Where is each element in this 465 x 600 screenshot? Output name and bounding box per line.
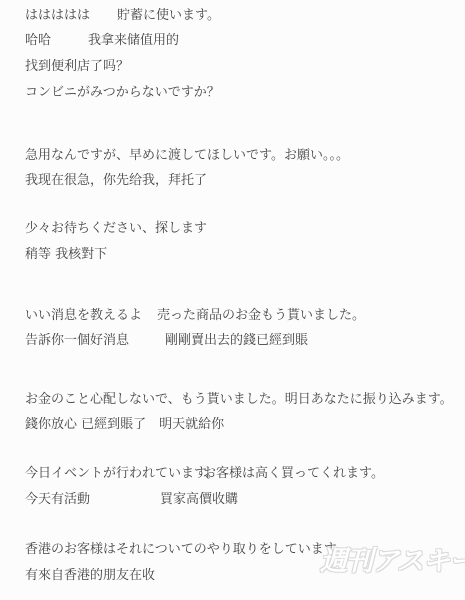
message-text: 売った商品のお金もう貰いました。 xyxy=(157,308,365,324)
message-text: 今日イベントが行われています。 xyxy=(25,466,219,481)
message-line-zh-12: 錢你放心 已經到賬了 明天就給你 xyxy=(25,417,465,433)
message-text: コンビニがみつからないですか？ xyxy=(25,85,220,100)
message-line-ja-1: ははははは貯蓄に使います。 xyxy=(25,8,465,24)
message-line-ja-11: お金のこと心配しないで、もう貰いました。明日あなたに振り込みます。 xyxy=(25,392,465,408)
message-text: 找到便利店了吗？ xyxy=(25,59,129,74)
message-text: 我拿来储值用的 xyxy=(88,33,179,49)
message-text: 哈哈 xyxy=(25,33,51,48)
message-text: お金のこと心配しないで、もう貰いました。明日あなたに振り込みます。 xyxy=(25,392,453,407)
message-text: 貯蓄に使います。 xyxy=(117,8,220,24)
message-text: 稍等 我核對下 xyxy=(25,247,107,262)
weekly-ascii-watermark-logo: 週刊アスキー xyxy=(320,546,465,578)
message-text: 我现在很急，你先给我，拜托了 xyxy=(25,173,207,188)
message-line-zh-14: 今天有活動買家高價收購 xyxy=(25,492,465,508)
message-line-ja-7: 少々お待ちください、探します xyxy=(25,221,465,237)
message-line-zh-2: 哈哈我拿来储值用的 xyxy=(25,33,465,49)
message-text: 香港のお客様はそれについてのやり取りをしています。 xyxy=(25,542,349,557)
message-line-zh-3: 找到便利店了吗？ xyxy=(25,59,465,75)
message-text: 少々お待ちください、探します xyxy=(25,221,207,236)
chat-transcript-page: ははははは貯蓄に使います。 哈哈我拿来储值用的 找到便利店了吗？ コンビニがみつ… xyxy=(0,0,465,600)
message-text: ははははは xyxy=(25,8,90,23)
message-line-zh-6: 我现在很急，你先给我，拜托了 xyxy=(25,173,465,189)
message-line-ja-4: コンビニがみつからないですか？ xyxy=(25,85,465,101)
message-text: 有來自香港的朋友在收 xyxy=(25,568,155,583)
message-line-zh-10: 告訴你一個好消息剛剛賣出去的錢已經到賬 xyxy=(25,333,465,349)
message-text: お客様は高く買ってくれます。 xyxy=(203,466,384,482)
message-text: 剛剛賣出去的錢已經到賬 xyxy=(165,333,308,349)
message-text: いい消息を教えるよ xyxy=(25,308,142,323)
message-text: 買家高價收購 xyxy=(160,492,238,508)
message-text: 今天有活動 xyxy=(25,492,90,507)
message-text: 錢你放心 已經到賬了 明天就給你 xyxy=(25,417,224,432)
message-text: 急用なんですが、早めに渡してほしいです。お願い。。。 xyxy=(25,148,349,163)
message-text: 告訴你一個好消息 xyxy=(25,333,129,348)
message-line-ja-9: いい消息を教えるよ売った商品のお金もう貰いました。 xyxy=(25,308,465,324)
message-line-ja-13: 今日イベントが行われています。お客様は高く買ってくれます。 xyxy=(25,466,465,482)
message-line-ja-5: 急用なんですが、早めに渡してほしいです。お願い。。。 xyxy=(25,148,465,164)
message-line-zh-8: 稍等 我核對下 xyxy=(25,247,465,263)
